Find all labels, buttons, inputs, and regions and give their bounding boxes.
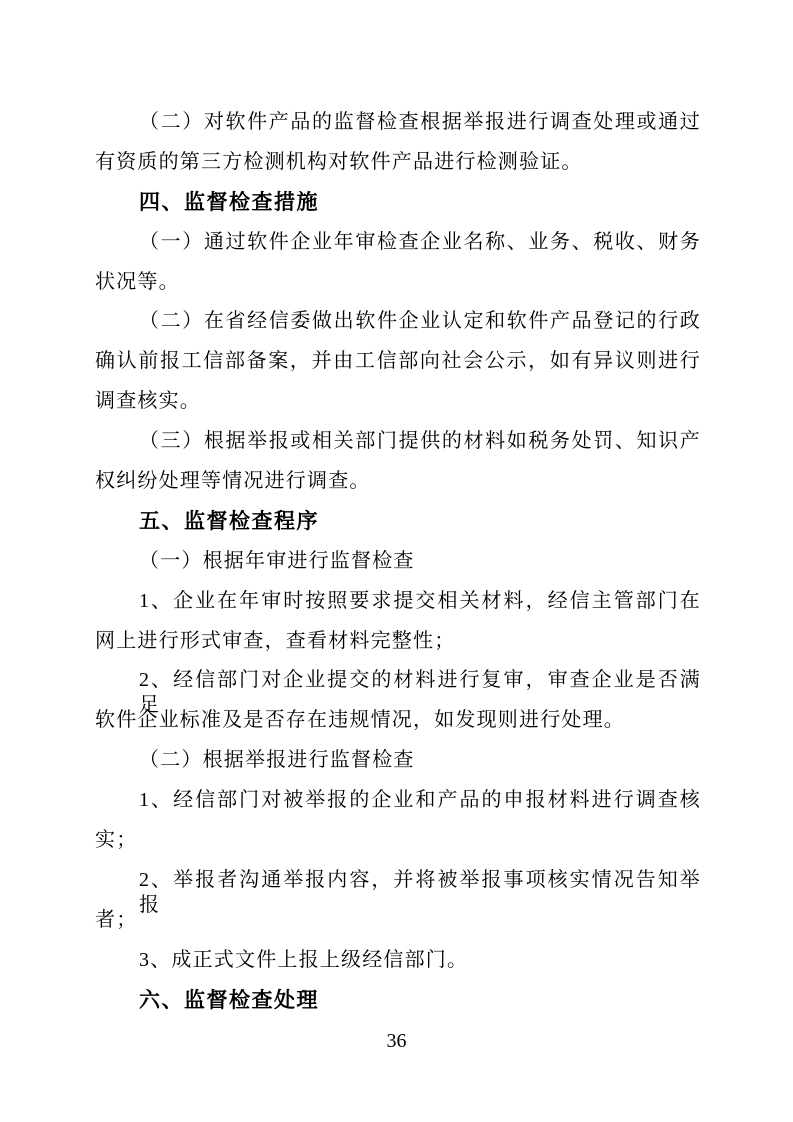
body-text-line: （一）通过软件企业年审检查企业名称、业务、税收、财务: [95, 230, 701, 270]
body-text-line: 状况等。: [95, 270, 701, 310]
body-text-line: 者；: [95, 908, 701, 948]
document-body: （二）对软件产品的监督检查根据举报进行调查处理或通过有资质的第三方检测机构对软件…: [95, 110, 701, 1027]
body-text-line: （三）根据举报或相关部门提供的材料如税务处罚、知识产: [95, 429, 701, 469]
body-text-line: （一）根据年审进行监督检查: [95, 549, 701, 589]
body-text-line: 1、经信部门对被举报的企业和产品的申报材料进行调查核: [95, 788, 701, 828]
body-text-line: （二）对软件产品的监督检查根据举报进行调查处理或通过: [95, 110, 701, 150]
body-text-line: 软件企业标准及是否存在违规情况，如发现则进行处理。: [95, 708, 701, 748]
section-heading: 四、监督检查措施: [95, 190, 701, 230]
body-text-line: 3、成正式文件上报上级经信部门。: [95, 948, 701, 988]
body-text-line: 实；: [95, 828, 701, 868]
document-page: （二）对软件产品的监督检查根据举报进行调查处理或通过有资质的第三方检测机构对软件…: [0, 0, 793, 1122]
body-text-line: 2、经信部门对企业提交的材料进行复审，审查企业是否满足: [95, 668, 701, 708]
body-text-line: 权纠纷处理等情况进行调查。: [95, 469, 701, 509]
body-text-line: 调查核实。: [95, 389, 701, 429]
page-number: 36: [0, 1030, 793, 1053]
body-text-line: （二）在省经信委做出软件企业认定和软件产品登记的行政: [95, 309, 701, 349]
section-heading: 五、监督检查程序: [95, 509, 701, 549]
body-text-line: 2、举报者沟通举报内容，并将被举报事项核实情况告知举报: [95, 868, 701, 908]
body-text-line: 1、企业在年审时按照要求提交相关材料，经信主管部门在: [95, 589, 701, 629]
body-text-line: 网上进行形式审查，查看材料完整性；: [95, 629, 701, 669]
body-text-line: 有资质的第三方检测机构对软件产品进行检测验证。: [95, 150, 701, 190]
body-text-line: （二）根据举报进行监督检查: [95, 748, 701, 788]
section-heading: 六、监督检查处理: [95, 988, 701, 1028]
body-text-line: 确认前报工信部备案，并由工信部向社会公示，如有异议则进行: [95, 349, 701, 389]
